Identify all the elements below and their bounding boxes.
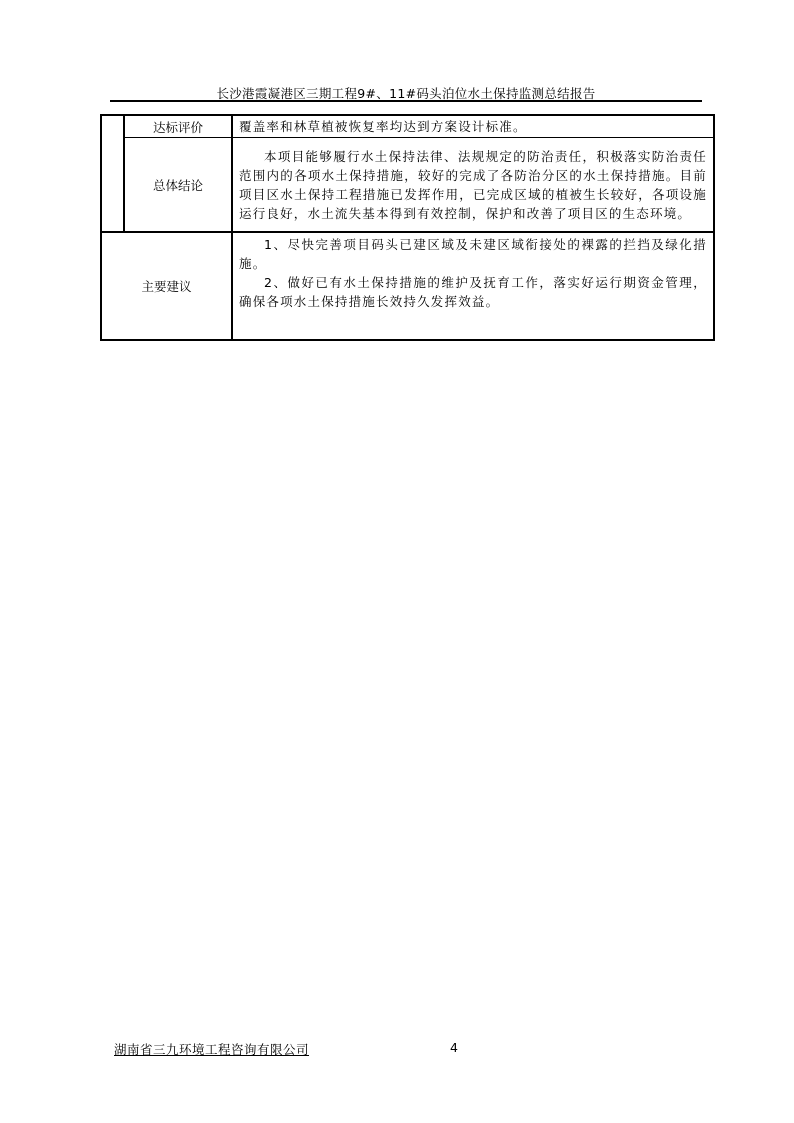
content-paragraph: 覆盖率和林草植被恢复率均达到方案设计标准。 (239, 117, 707, 136)
row-label: 主要建议 (101, 232, 232, 340)
table-row-main-suggestions: 主要建议 1、尽快完善项目码头已建区域及未建区域衔接处的裸露的拦挡及绿化措施。 … (101, 232, 714, 340)
content-paragraph: 2、做好已有水土保持措施的维护及抚育工作，落实好运行期资金管理，确保各项水土保持… (239, 273, 707, 311)
table-row-overall-conclusion: 总体结论 本项目能够履行水土保持法律、法规规定的防治责任，积极落实防治责任范围内… (101, 138, 714, 233)
summary-table: 达标评价 覆盖率和林草植被恢复率均达到方案设计标准。 总体结论 本项目能够履行水… (100, 114, 715, 341)
page-number: 4 (450, 1040, 458, 1055)
table-row-compliance-evaluation: 达标评价 覆盖率和林草植被恢复率均达到方案设计标准。 (101, 115, 714, 138)
row-content: 1、尽快完善项目码头已建区域及未建区域衔接处的裸露的拦挡及绿化措施。 2、做好已… (232, 232, 714, 340)
merged-category-cell (101, 115, 124, 232)
row-content: 覆盖率和林草植被恢复率均达到方案设计标准。 (232, 115, 714, 138)
footer-company-name: 湖南省三九环境工程咨询有限公司 (114, 1040, 309, 1058)
header-divider (110, 100, 702, 102)
row-label: 总体结论 (124, 138, 232, 233)
content-paragraph: 本项目能够履行水土保持法律、法规规定的防治责任，积极落实防治责任范围内的各项水土… (239, 147, 707, 223)
content-paragraph: 1、尽快完善项目码头已建区域及未建区域衔接处的裸露的拦挡及绿化措施。 (239, 235, 707, 273)
row-content: 本项目能够履行水土保持法律、法规规定的防治责任，积极落实防治责任范围内的各项水土… (232, 138, 714, 233)
row-label: 达标评价 (124, 115, 232, 138)
